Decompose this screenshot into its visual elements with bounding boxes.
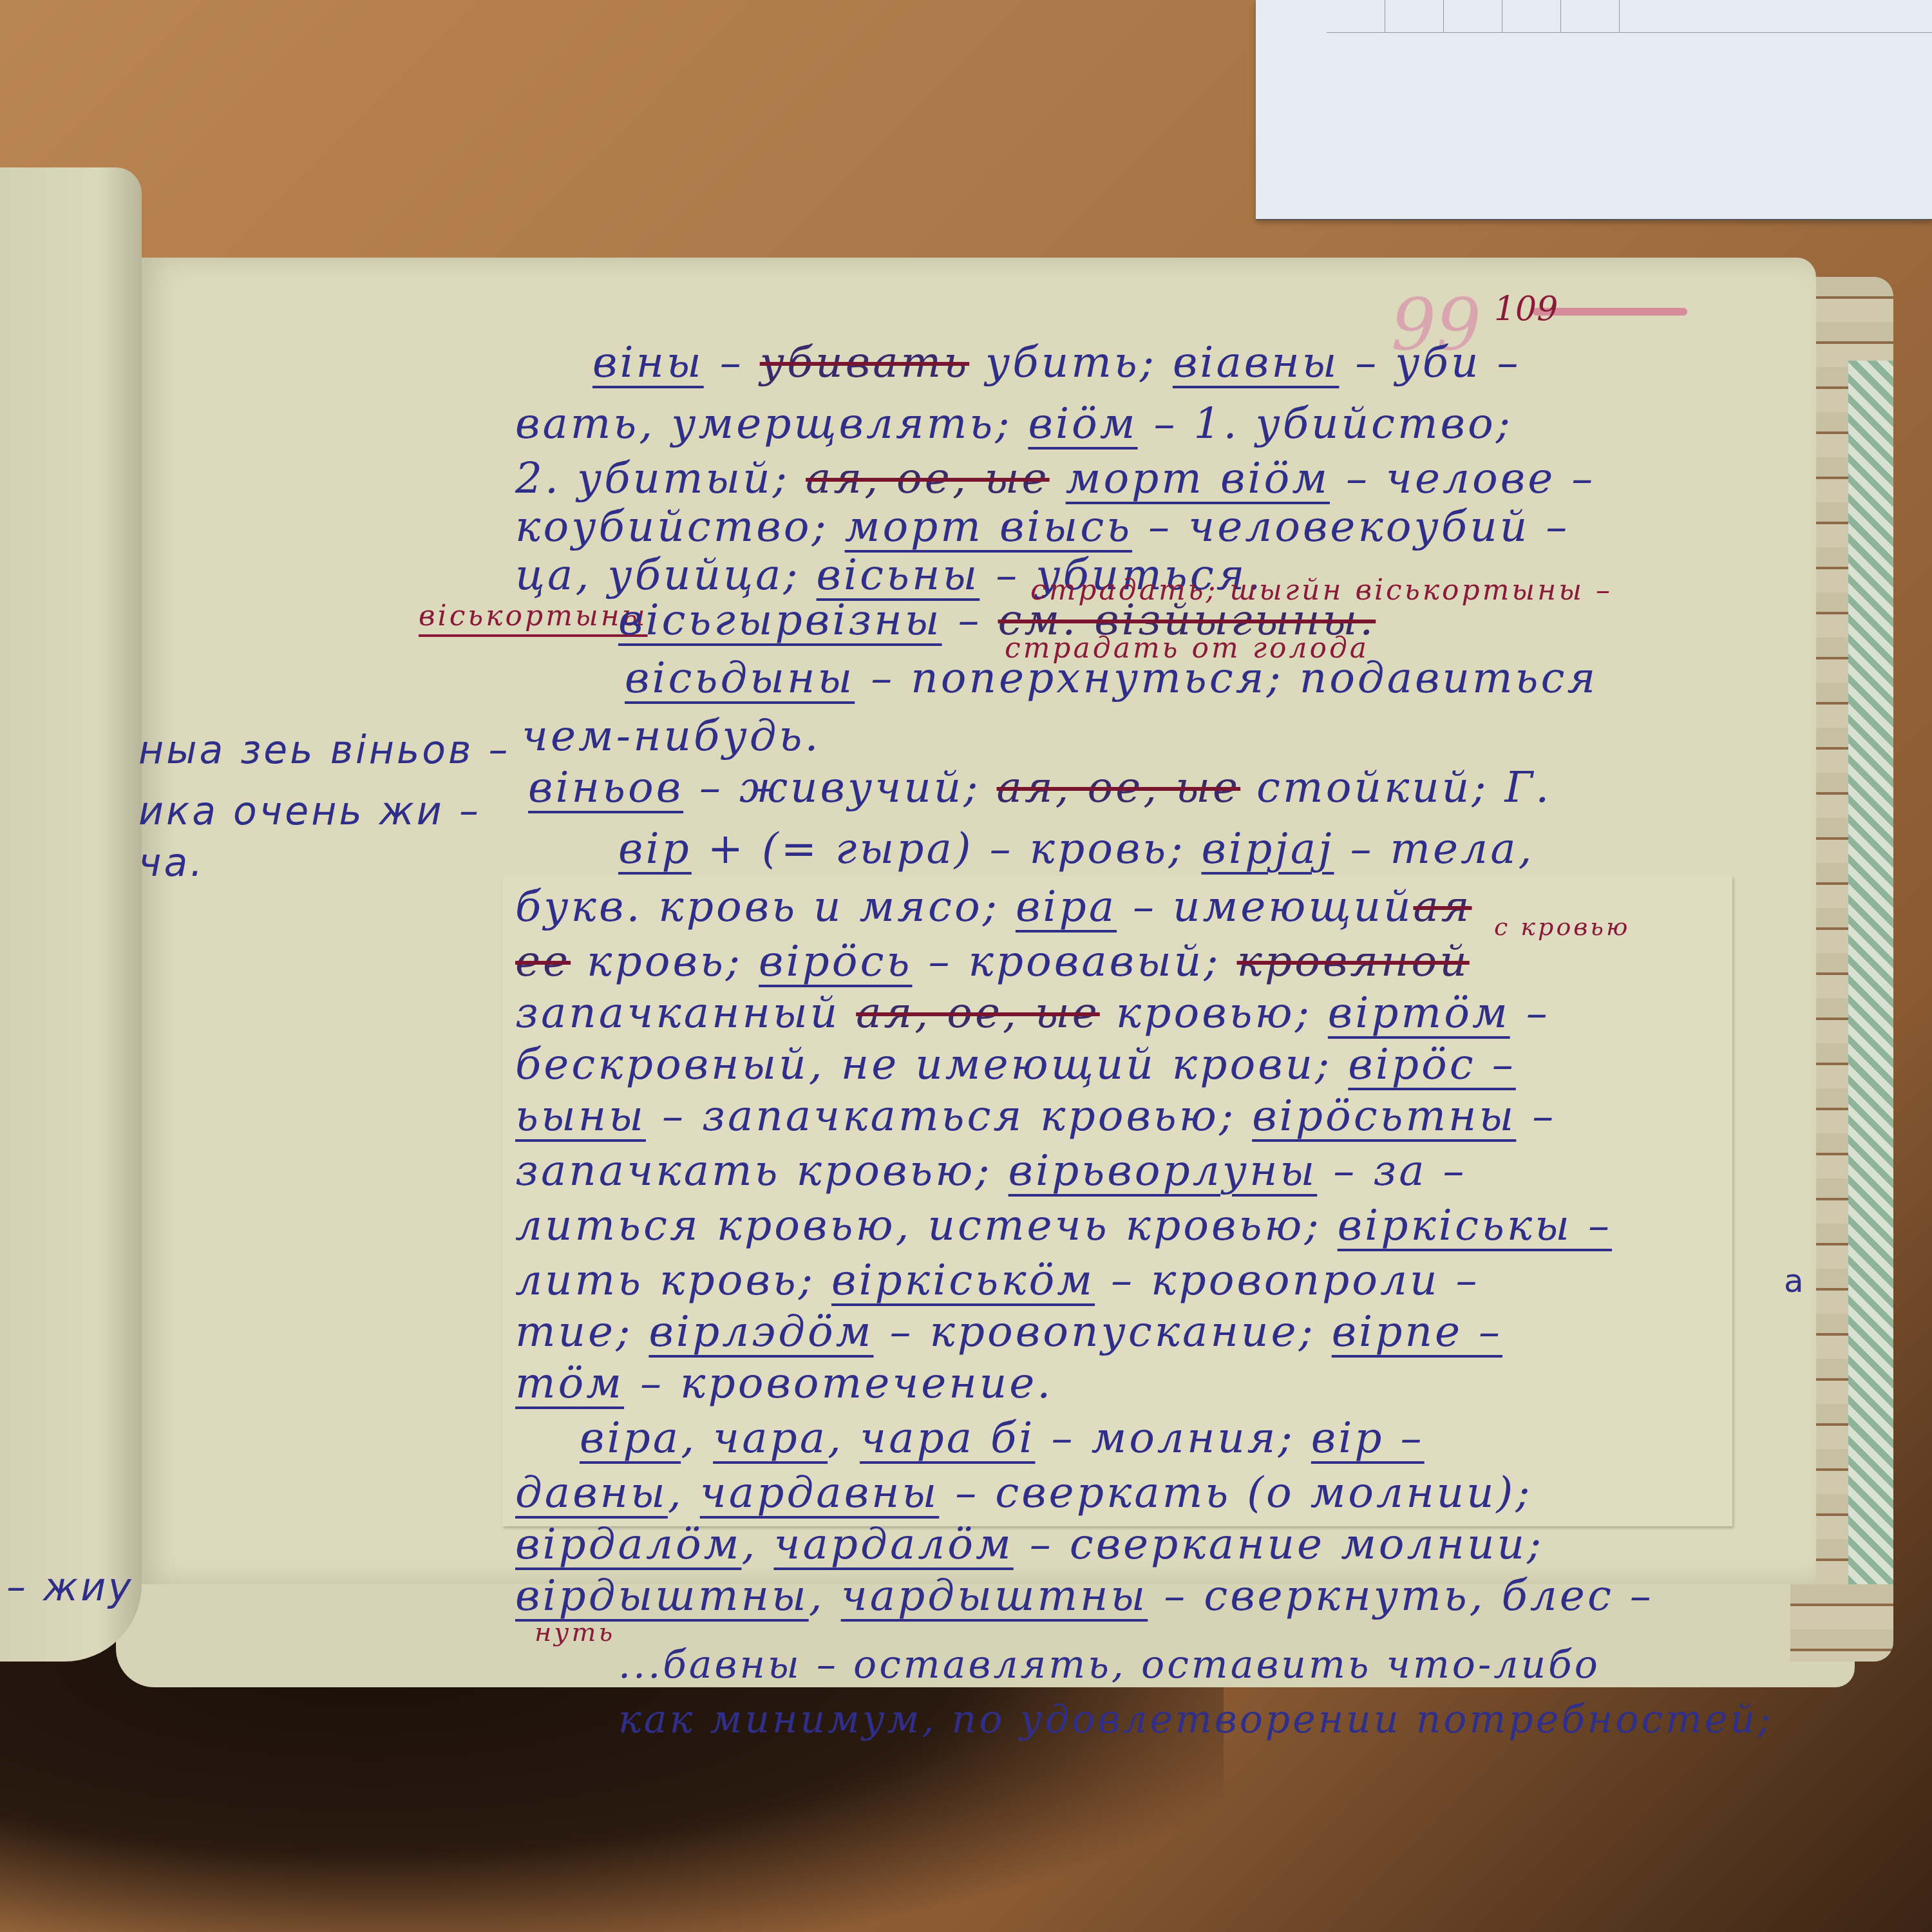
interlinear-correction: с кровью <box>1494 914 1631 939</box>
entry-line-19: тие; вірлэдöм – кровопускание; вірпе – <box>515 1311 1502 1353</box>
underlying-line-2: как минимум, по удовлетворении потребнос… <box>618 1700 1773 1739</box>
headword: вірьворлуны <box>1009 1146 1318 1195</box>
entry-line-7: вісьдыны – поперхнуться; подавиться <box>625 657 1598 699</box>
left-fragment-1: ныа зеь віньов – <box>138 728 510 773</box>
text: – человекоубий – <box>1132 502 1569 551</box>
text: – за – <box>1317 1146 1466 1195</box>
left-fragment-3: ча. <box>138 840 205 885</box>
headword: чара бі <box>860 1413 1035 1463</box>
margin-mark: а <box>1784 1262 1804 1300</box>
entry-line-15: ьыны – запачкаться кровью; вірöсьтны – <box>515 1095 1556 1137</box>
headword: віра <box>580 1413 681 1463</box>
headword: вірпе – <box>1332 1307 1502 1356</box>
entry-line-10: вір + (= гыра) – кровь; вірjaj – тела, <box>618 828 1534 870</box>
text: запачкать кровью; <box>515 1146 1009 1195</box>
entry-line-9: віньов – живучий; ая, ое, ые стойкий; Г. <box>528 766 1551 809</box>
headword: морт віысь <box>845 502 1132 551</box>
headword: морт віöм <box>1066 453 1330 503</box>
marbled-cover-edge <box>1848 361 1893 1584</box>
struck-text: ая, ое, ые <box>856 988 1100 1037</box>
headword: вір – <box>1311 1413 1425 1463</box>
headword: віавны <box>1173 337 1340 387</box>
headword: вірдыштны <box>515 1571 809 1620</box>
entry-line-17: литься кровью, истечь кровью; віркіськы … <box>515 1204 1612 1247</box>
entry-line-16: запачкать кровью; вірьворлуны – за – <box>515 1150 1467 1192</box>
entry-line-23: вірдалöм, чардалöм – сверкание молнии; <box>515 1523 1544 1566</box>
entry-line-1: віны – убивать убить; віавны – уби – <box>592 341 1520 384</box>
text: – живучий; <box>683 762 996 812</box>
struck-text: кровяной <box>1237 936 1470 986</box>
text: – имеющий <box>1117 882 1413 931</box>
text: букв. кровь и мясо; <box>515 882 1016 931</box>
entry-line-24: вірдыштны, чардыштны – сверкнуть, блес – <box>515 1575 1654 1617</box>
text: – кровопроли – <box>1095 1255 1480 1305</box>
text: кровью; <box>1100 988 1328 1037</box>
headword: тöм <box>515 1358 624 1408</box>
entry-line-13: запачканный ая, ое, ые кровью; віртöм – <box>515 992 1550 1034</box>
struck-text: ая, ое, ые <box>806 453 1050 503</box>
text: – уби – <box>1339 337 1520 387</box>
table-grid-lines <box>1327 0 1932 33</box>
text: коубийство; <box>515 502 845 551</box>
headword: вірöсьтны <box>1252 1091 1516 1141</box>
left-fragment-4: – жиу <box>6 1565 134 1610</box>
headword: вірöс – <box>1348 1039 1515 1089</box>
struck-text: ая, ое, ые <box>997 762 1241 812</box>
text: тие; <box>515 1307 649 1356</box>
white-paper-sheet <box>1256 0 1932 220</box>
entry-line-3: 2. убитый; ая, ое, ые морт віöм – челове… <box>515 457 1595 500</box>
left-fragment-2: ика очень жи – <box>138 789 481 834</box>
headword: вірлэдöм <box>649 1307 873 1356</box>
text: – сверкнуть, блес – <box>1148 1571 1654 1620</box>
margin-correction: віськортыны <box>419 602 648 630</box>
text: , <box>681 1413 713 1463</box>
text: чем-нибудь. <box>522 711 820 761</box>
text <box>1050 453 1066 503</box>
entry-line-11: букв. кровь и мясо; віра – имеющийая <box>515 885 1472 928</box>
struck-text: убивать <box>760 337 969 387</box>
entry-line-21: віра, чара, чара бі – молния; вір – <box>580 1417 1425 1459</box>
text: – 1. убийство; <box>1137 399 1512 448</box>
headword: чардавны <box>700 1468 939 1517</box>
text: бескровный, не имеющий крови; <box>515 1039 1348 1089</box>
headword: віра <box>1016 882 1117 931</box>
entry-line-20: тöм – кровотечение. <box>515 1362 1053 1405</box>
text: – кровотечение. <box>624 1358 1053 1408</box>
text: – <box>942 595 998 645</box>
headword: віркіськы – <box>1338 1200 1612 1250</box>
left-page-curl <box>0 167 142 1662</box>
text: вать, умерщвлять; <box>515 399 1028 448</box>
text: 2. убитый; <box>515 453 806 503</box>
text: стойкий; Г. <box>1240 762 1551 812</box>
headword: ьыны <box>515 1091 646 1141</box>
headword: віньов <box>528 762 683 812</box>
headword: віртöм <box>1328 988 1510 1037</box>
text: , <box>828 1413 860 1463</box>
struck-text: ее <box>515 936 571 986</box>
headword: вірдалöм <box>515 1519 741 1569</box>
text: кровь; <box>571 936 759 986</box>
entry-line-8: чем-нибудь. <box>522 715 820 757</box>
headword: віны <box>592 337 704 387</box>
headword: чара <box>713 1413 828 1463</box>
text: – <box>1510 988 1550 1037</box>
text: , <box>668 1468 700 1517</box>
headword: давны <box>515 1468 668 1517</box>
entry-line-12: ее кровь; вірöсь – кровавый; кровяной <box>515 940 1470 983</box>
headword: вірöсь <box>759 936 912 986</box>
text: ца, убийца; <box>515 550 817 600</box>
text: – кровавый; <box>912 936 1236 986</box>
headword: чардыштны <box>841 1571 1148 1620</box>
text: литься кровью, истечь кровью; <box>515 1200 1338 1250</box>
text: запачканный <box>515 988 856 1037</box>
headword: віркіськöм <box>831 1255 1095 1305</box>
headword: вірjaj <box>1201 824 1334 873</box>
text: – челове – <box>1330 453 1595 503</box>
headword: вісьгырвізны <box>618 595 942 645</box>
text: – поперхнуться; подавиться <box>855 653 1598 703</box>
text: – тела, <box>1334 824 1535 873</box>
text: – кровопускание; <box>873 1307 1331 1356</box>
entry-line-22: давны, чардавны – сверкать (о молнии); <box>515 1472 1533 1514</box>
headword: віöм <box>1028 399 1138 448</box>
interlinear-correction-nut: нуть <box>535 1620 615 1645</box>
entry-line-4: коубийство; морт віысь – человекоубий – <box>515 506 1569 548</box>
page-number-new: 109 <box>1494 290 1558 328</box>
headword: чардалöм <box>773 1519 1013 1569</box>
headword: вісьны <box>817 550 980 600</box>
text: – сверкание молнии; <box>1014 1519 1544 1569</box>
underlying-line-1: ...бавны – оставлять, оставить что-либо <box>618 1645 1600 1684</box>
text: , <box>809 1571 841 1620</box>
text: – <box>1516 1091 1556 1141</box>
text: – запачкаться кровью; <box>646 1091 1252 1141</box>
text: + (= гыра) – кровь; <box>692 824 1202 873</box>
text: – сверкать (о молнии); <box>939 1468 1532 1517</box>
text: , <box>741 1519 773 1569</box>
entry-line-14: бескровный, не имеющий крови; вірöс – <box>515 1043 1516 1086</box>
text: убить; <box>969 337 1173 387</box>
headword: вісьдыны <box>625 653 855 703</box>
struck-text: ая <box>1413 882 1472 931</box>
entry-line-2: вать, умерщвлять; віöм – 1. убийство; <box>515 402 1513 445</box>
text: – молния; <box>1035 1413 1311 1463</box>
text: – <box>704 337 760 387</box>
text: лить кровь; <box>515 1255 831 1305</box>
headword: вір <box>618 824 692 873</box>
entry-line-18: лить кровь; віркіськöм – кровопроли – <box>515 1259 1480 1302</box>
